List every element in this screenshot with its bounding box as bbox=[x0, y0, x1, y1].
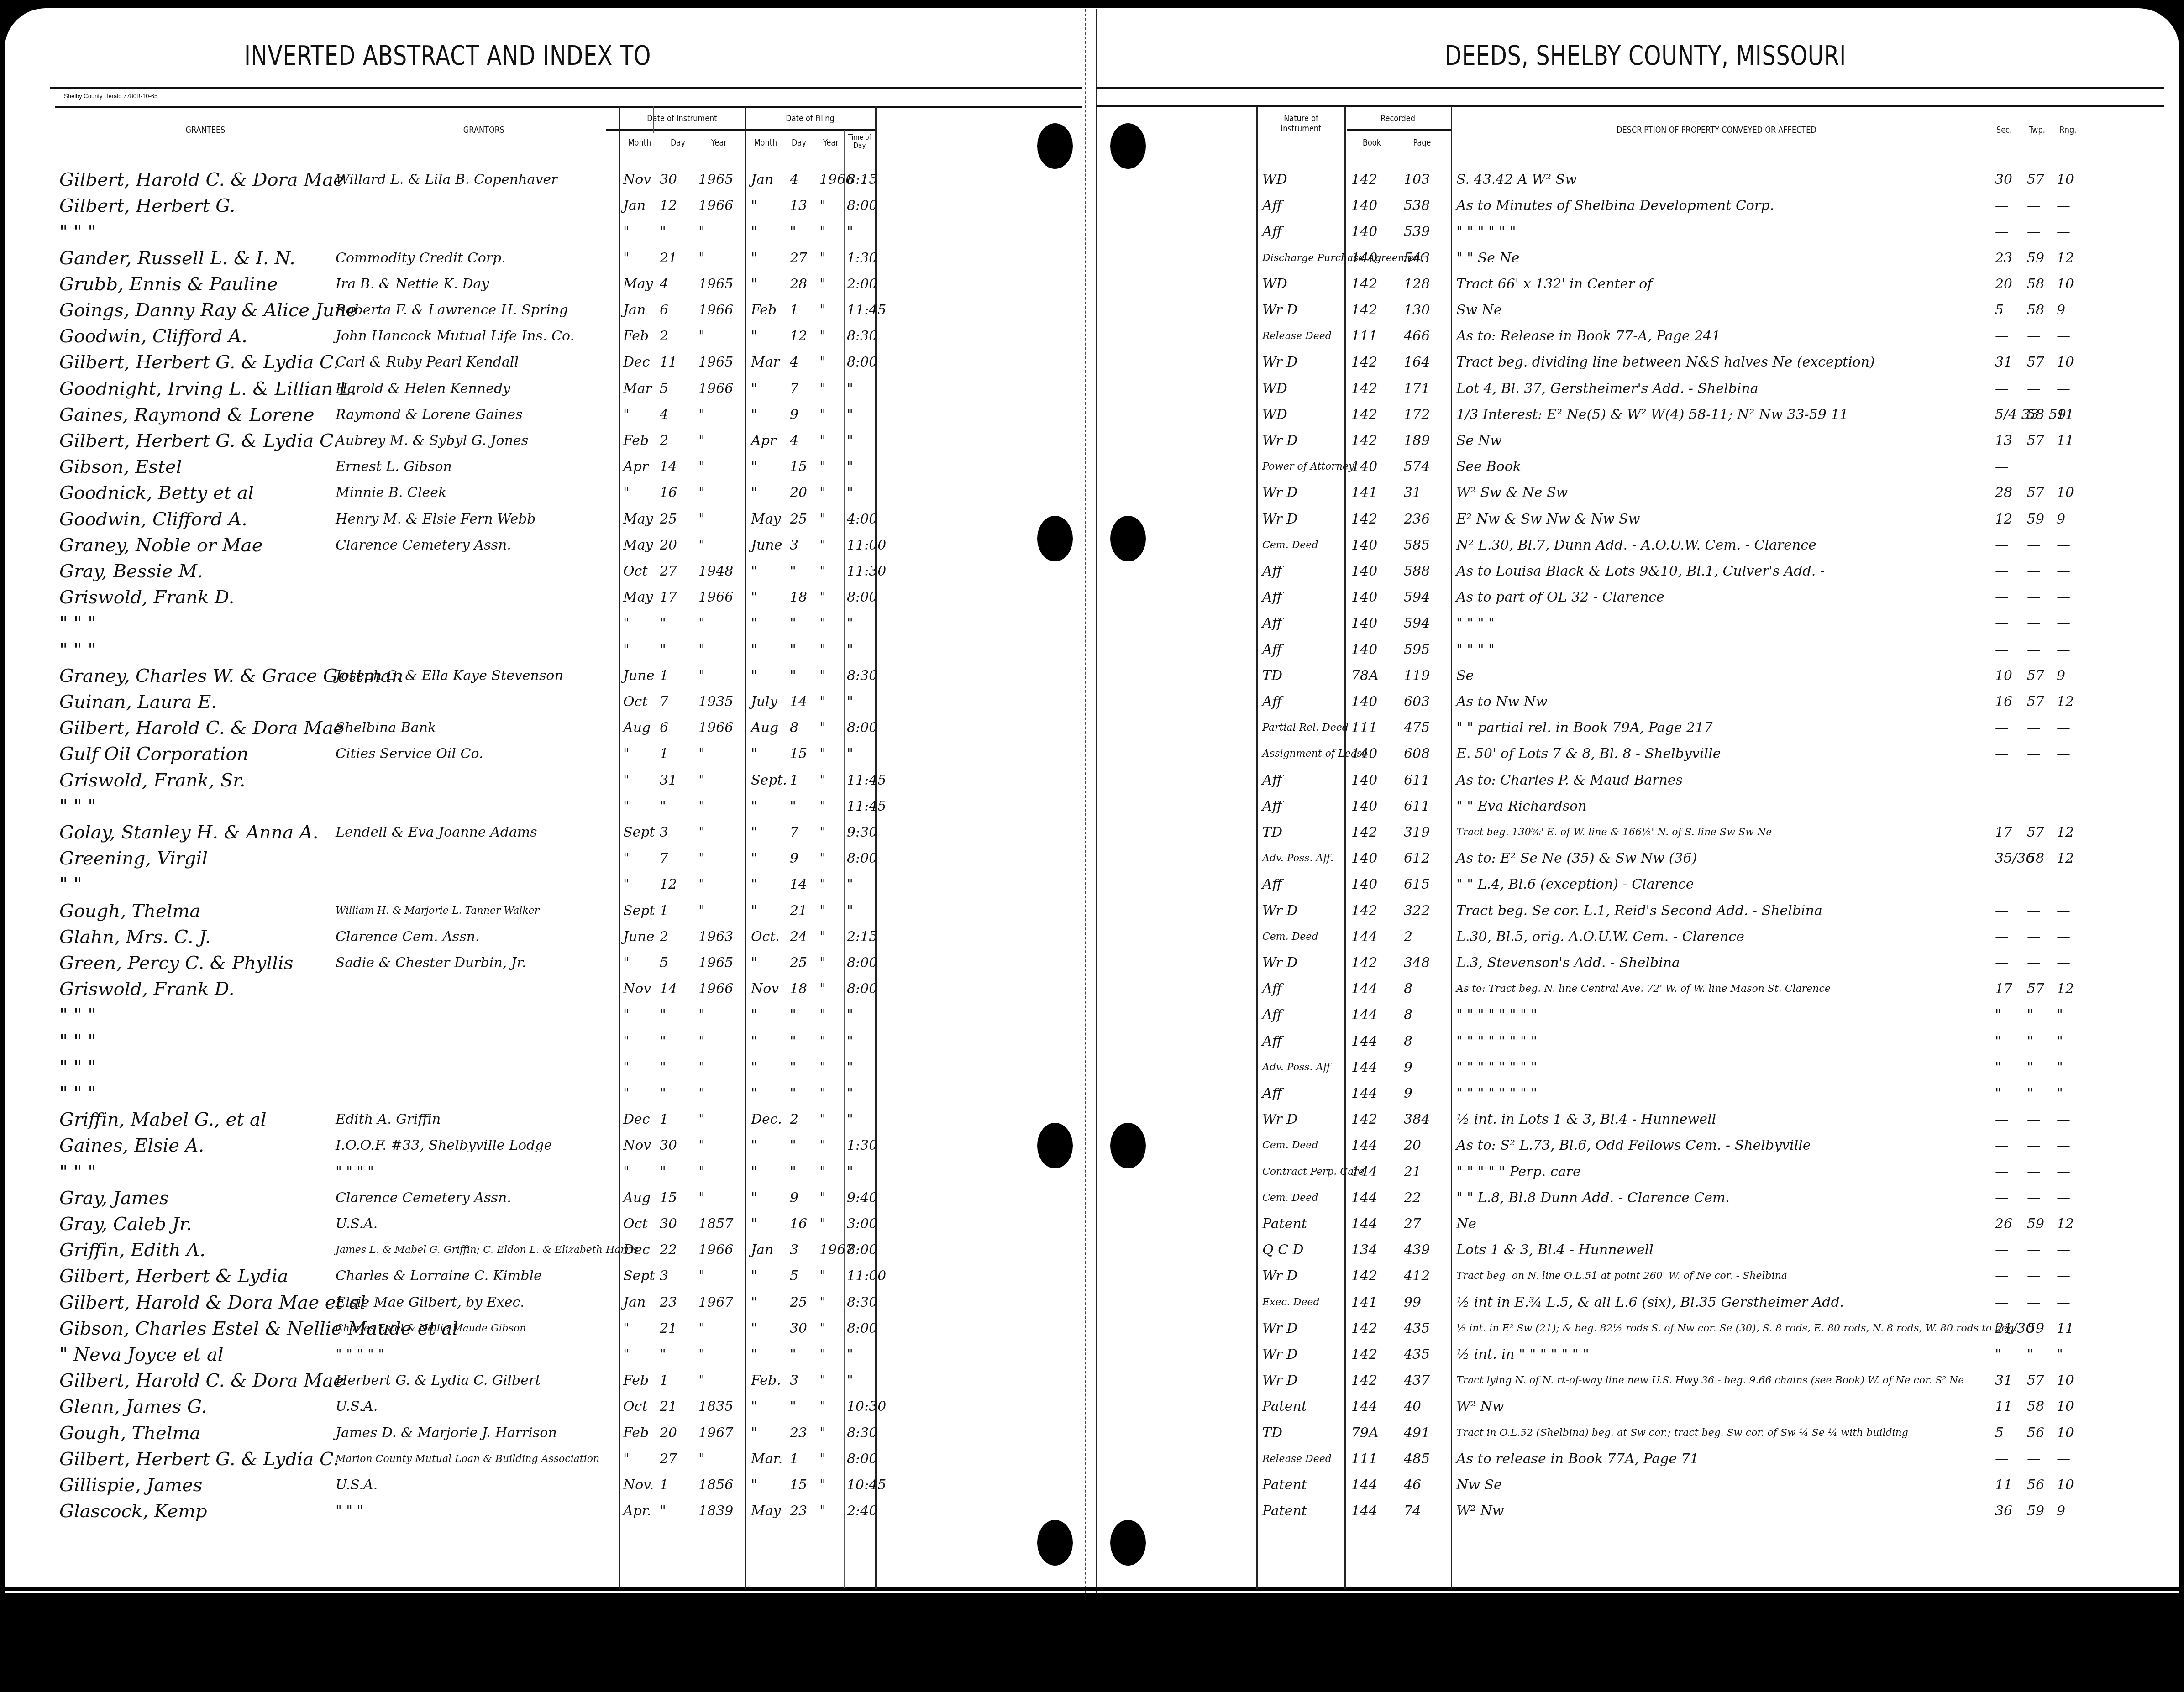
instrument-year-cell: 1839 bbox=[698, 1496, 733, 1527]
punch-hole bbox=[1110, 123, 1146, 169]
header-book: Book bbox=[1350, 138, 1393, 148]
filing-month-cell: May bbox=[751, 1496, 781, 1527]
header-sec: Sec. bbox=[1993, 126, 2016, 136]
rng-cell: 11 bbox=[2057, 425, 2074, 456]
description-cell: 1/3 Interest: E² Ne(5) & W² W(4) 58-11; … bbox=[1456, 399, 1848, 430]
grantee-cell: Glascock, Kemp bbox=[59, 1496, 207, 1527]
book-cell: 144 bbox=[1351, 1496, 1377, 1527]
header-fil-year: Year bbox=[815, 138, 846, 148]
sec-cell: 36 bbox=[1995, 1496, 2012, 1527]
grantor-cell: Cities Service Oil Co. bbox=[336, 739, 483, 770]
col-line-nature bbox=[1256, 106, 1258, 1589]
header-time-of-day: Time of Day bbox=[847, 133, 872, 150]
col-line-time bbox=[844, 130, 845, 1588]
header-fil-month: Month bbox=[748, 138, 783, 148]
bottom-edge bbox=[0, 1587, 2184, 1591]
recorded-header-divider bbox=[1347, 129, 1451, 131]
scan-border-bottom bbox=[0, 1593, 2184, 1692]
header-description: DESCRIPTION OF PROPERTY CONVEYED OR AFFE… bbox=[1569, 126, 1864, 136]
binding-fold bbox=[1085, 9, 1097, 1639]
grantor-cell: Clarence Cemetery Assn. bbox=[336, 530, 511, 561]
twp-cell: 59 bbox=[2027, 1496, 2044, 1527]
page-cell: 74 bbox=[1404, 1496, 1421, 1527]
header-fil-day: Day bbox=[783, 138, 814, 148]
grantor-cell: Sadie & Chester Durbin, Jr. bbox=[336, 948, 526, 979]
col-line-inst bbox=[619, 106, 620, 1589]
punch-hole bbox=[1110, 516, 1146, 561]
grantor-cell: " " " bbox=[336, 1496, 363, 1527]
header-page: Page bbox=[1401, 138, 1444, 148]
punch-hole bbox=[1110, 1123, 1146, 1168]
filing-day-cell: 23 bbox=[790, 1496, 807, 1527]
header-grantees: GRANTEES bbox=[174, 126, 236, 136]
grantor-cell: Willard L. & Lila B. Copenhaver bbox=[336, 164, 558, 195]
header-rule-bottom-left bbox=[55, 106, 1082, 108]
col-line-description bbox=[1451, 106, 1452, 1589]
header-inst-year: Year bbox=[698, 138, 740, 148]
grantor-cell: Lendell & Eva Joanne Adams bbox=[336, 817, 537, 848]
date-header-divider bbox=[606, 129, 877, 131]
right-page-title: DEEDS, SHELBY COUNTY, MISSOURI bbox=[1445, 40, 1846, 71]
description-cell: Tract lying N. of N. rt-of-way line new … bbox=[1456, 1365, 1964, 1396]
header-inst-month: Month bbox=[622, 138, 657, 148]
nature-of-instrument-cell: Patent bbox=[1262, 1496, 1307, 1527]
punch-hole bbox=[1037, 1123, 1073, 1168]
instrument-month-cell: Apr. bbox=[623, 1496, 651, 1527]
filing-year-cell: " bbox=[819, 1496, 826, 1527]
twp-cell: 57 bbox=[2027, 425, 2044, 456]
header-recorded: Recorded bbox=[1353, 114, 1443, 124]
left-page-title: INVERTED ABSTRACT AND INDEX TO bbox=[244, 40, 651, 71]
header-date-of-filing: Date of Filing bbox=[755, 114, 865, 124]
punch-hole bbox=[1037, 123, 1073, 169]
col-line-book bbox=[1344, 106, 1346, 1589]
description-cell: " " L.8, Bl.8 Dunn Add. - Clarence Cem. bbox=[1456, 1183, 1730, 1214]
punch-hole bbox=[1037, 1520, 1073, 1566]
header-grantors: GRANTORS bbox=[453, 126, 515, 136]
punch-hole bbox=[1037, 516, 1073, 561]
header-rule-top-left bbox=[50, 87, 1082, 89]
grantor-cell: Joseph C. & Ella Kaye Stevenson bbox=[336, 660, 563, 691]
header-inst-day: Day bbox=[661, 138, 696, 148]
header-nature-of-instrument: Nature of Instrument bbox=[1264, 114, 1338, 134]
header-rule-top-right bbox=[1096, 87, 2164, 89]
punch-hole bbox=[1110, 1520, 1146, 1566]
col-line-filing bbox=[745, 106, 746, 1589]
header-rng: Rng. bbox=[2057, 126, 2080, 136]
instrument-day-cell: " bbox=[660, 1496, 666, 1527]
header-rule-bottom-right bbox=[1096, 105, 2164, 107]
header-date-of-instrument: Date of Instrument bbox=[629, 114, 736, 124]
header-twp: Twp. bbox=[2026, 126, 2049, 136]
description-cell: W² Nw bbox=[1456, 1496, 1504, 1527]
printer-imprint: Shelby County Herald 7780B-10-65 bbox=[64, 93, 157, 100]
time-of-day-cell: 2:40 bbox=[847, 1496, 877, 1527]
rng-cell: 9 bbox=[2057, 1496, 2065, 1527]
